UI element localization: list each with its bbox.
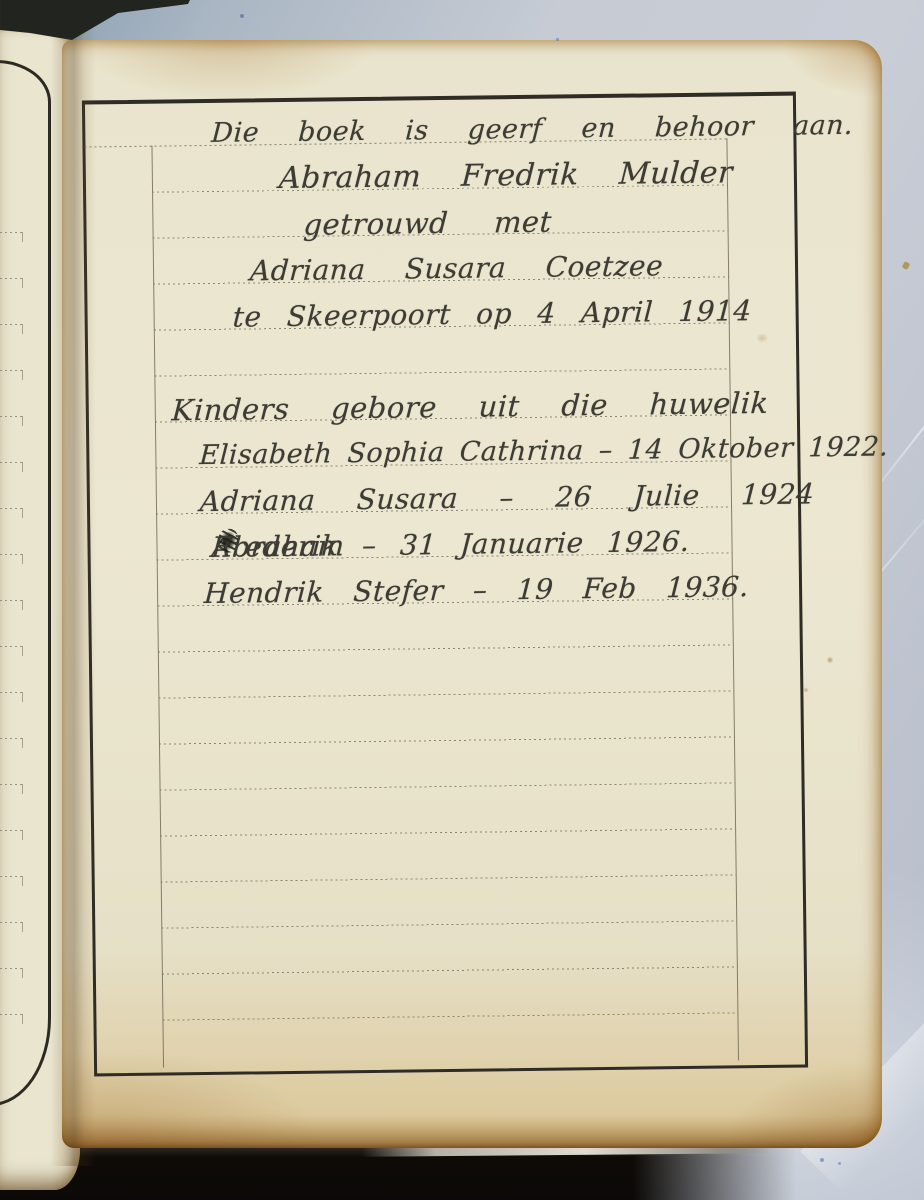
handwriting-heading: Die boek is geerf en behoor aan. bbox=[210, 107, 854, 155]
left-page-ruled-stubs bbox=[0, 232, 24, 1024]
left-page-line-ticks bbox=[22, 232, 23, 1024]
owner-name-line: Abraham Fredrik Mulder bbox=[278, 154, 734, 200]
marriage-place-date-line: te Skeerpoort op 4 April 1914 bbox=[232, 292, 753, 339]
page-border-frame: Die boek is geerf en behoor aan. Abraham… bbox=[82, 92, 808, 1077]
child-entry-line: Adriana Susara – 26 Julie 1924 bbox=[199, 475, 816, 523]
dust-speck bbox=[820, 1158, 824, 1162]
child-entry-line: Elisabeth Sophia Cathrina – 14 Oktober 1… bbox=[198, 428, 889, 477]
child-entry-line: Hendrik Stefer – 19 Feb 1936. bbox=[203, 568, 750, 615]
register-page: Die boek is geerf en behoor aan. Abraham… bbox=[62, 40, 882, 1148]
spouse-name-line: Adriana Susara Coetzee bbox=[249, 247, 664, 292]
dust-speck bbox=[240, 14, 244, 18]
book-gutter bbox=[50, 26, 96, 1166]
dust-speck bbox=[556, 38, 559, 41]
dust-speck bbox=[838, 1162, 841, 1165]
child-entry-rest: Frederik – 31 Januarie 1926. bbox=[211, 523, 691, 567]
children-heading-line: Kinders gebore uit die huwelik bbox=[171, 384, 770, 432]
photo-of-open-register-book: Die boek is geerf en behoor aan. Abraham… bbox=[0, 0, 924, 1200]
married-with-line: getrouwd met bbox=[302, 203, 553, 246]
